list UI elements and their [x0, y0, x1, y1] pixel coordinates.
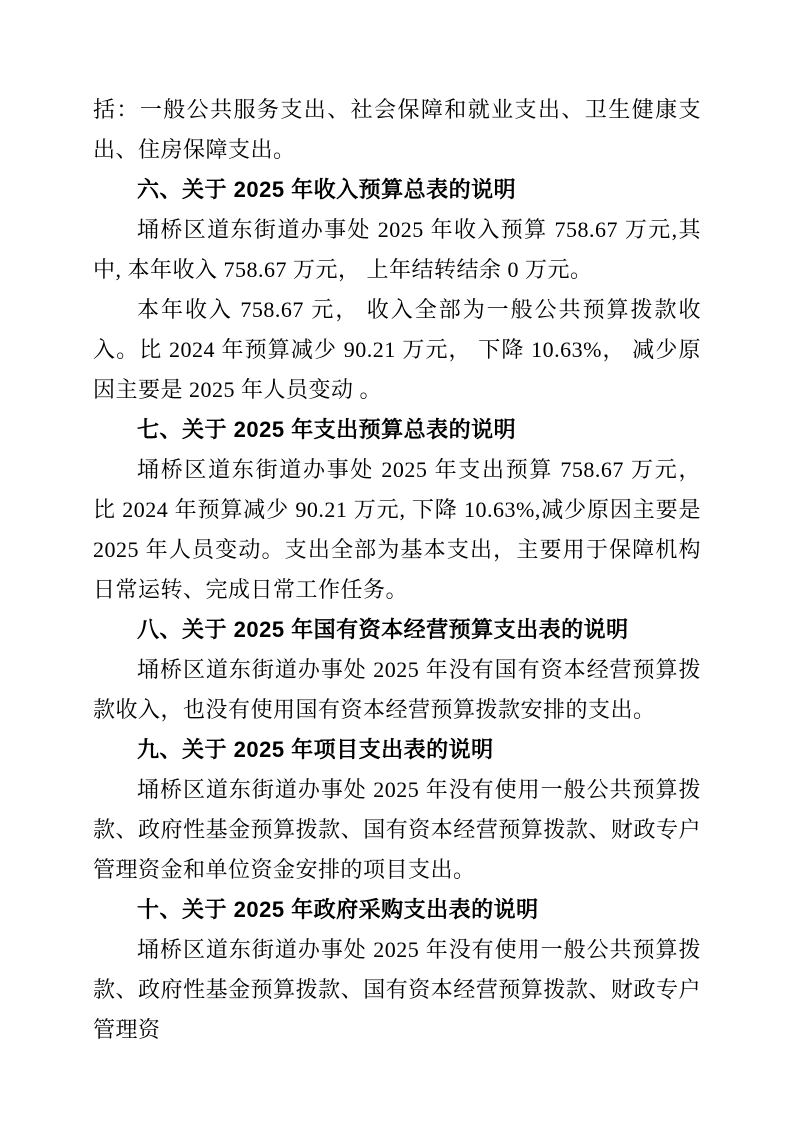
paragraph-government-procurement-explanation: 埇桥区道东街道办事处 2025 年没有使用一般公共预算拨款、政府性基金预算拨款、… — [93, 930, 701, 1050]
section-heading-7-expenditure-budget: 七、关于 2025 年支出预算总表的说明 — [93, 410, 701, 450]
paragraph-project-expenditure-explanation: 埇桥区道东街道办事处 2025 年没有使用一般公共预算拨款、政府性基金预算拨款、… — [93, 770, 701, 890]
paragraph-expenditure-budget-total: 埇桥区道东街道办事处 2025 年支出预算 758.67 万元， 比 2024 … — [93, 450, 701, 610]
section-heading-6-income-budget: 六、关于 2025 年收入预算总表的说明 — [93, 170, 701, 210]
document-page: 括：一般公共服务支出、社会保障和就业支出、卫生健康支出、住房保障支出。 六、关于… — [0, 0, 793, 1122]
continuation-paragraph-expenditure-categories: 括：一般公共服务支出、社会保障和就业支出、卫生健康支出、住房保障支出。 — [93, 90, 701, 170]
section-heading-9-project-expenditure: 九、关于 2025 年项目支出表的说明 — [93, 730, 701, 770]
section-heading-8-state-capital-budget: 八、关于 2025 年国有资本经营预算支出表的说明 — [93, 610, 701, 650]
paragraph-income-change-explanation: 本年收入 758.67 元， 收入全部为一般公共预算拨款收入。比 2024 年预… — [93, 290, 701, 410]
paragraph-state-capital-explanation: 埇桥区道东街道办事处 2025 年没有国有资本经营预算拨款收入，也没有使用国有资… — [93, 650, 701, 730]
section-heading-10-government-procurement: 十、关于 2025 年政府采购支出表的说明 — [93, 890, 701, 930]
paragraph-income-budget-total: 埇桥区道东街道办事处 2025 年收入预算 758.67 万元,其中, 本年收入… — [93, 210, 701, 290]
document-body: 括：一般公共服务支出、社会保障和就业支出、卫生健康支出、住房保障支出。 六、关于… — [93, 90, 701, 1050]
